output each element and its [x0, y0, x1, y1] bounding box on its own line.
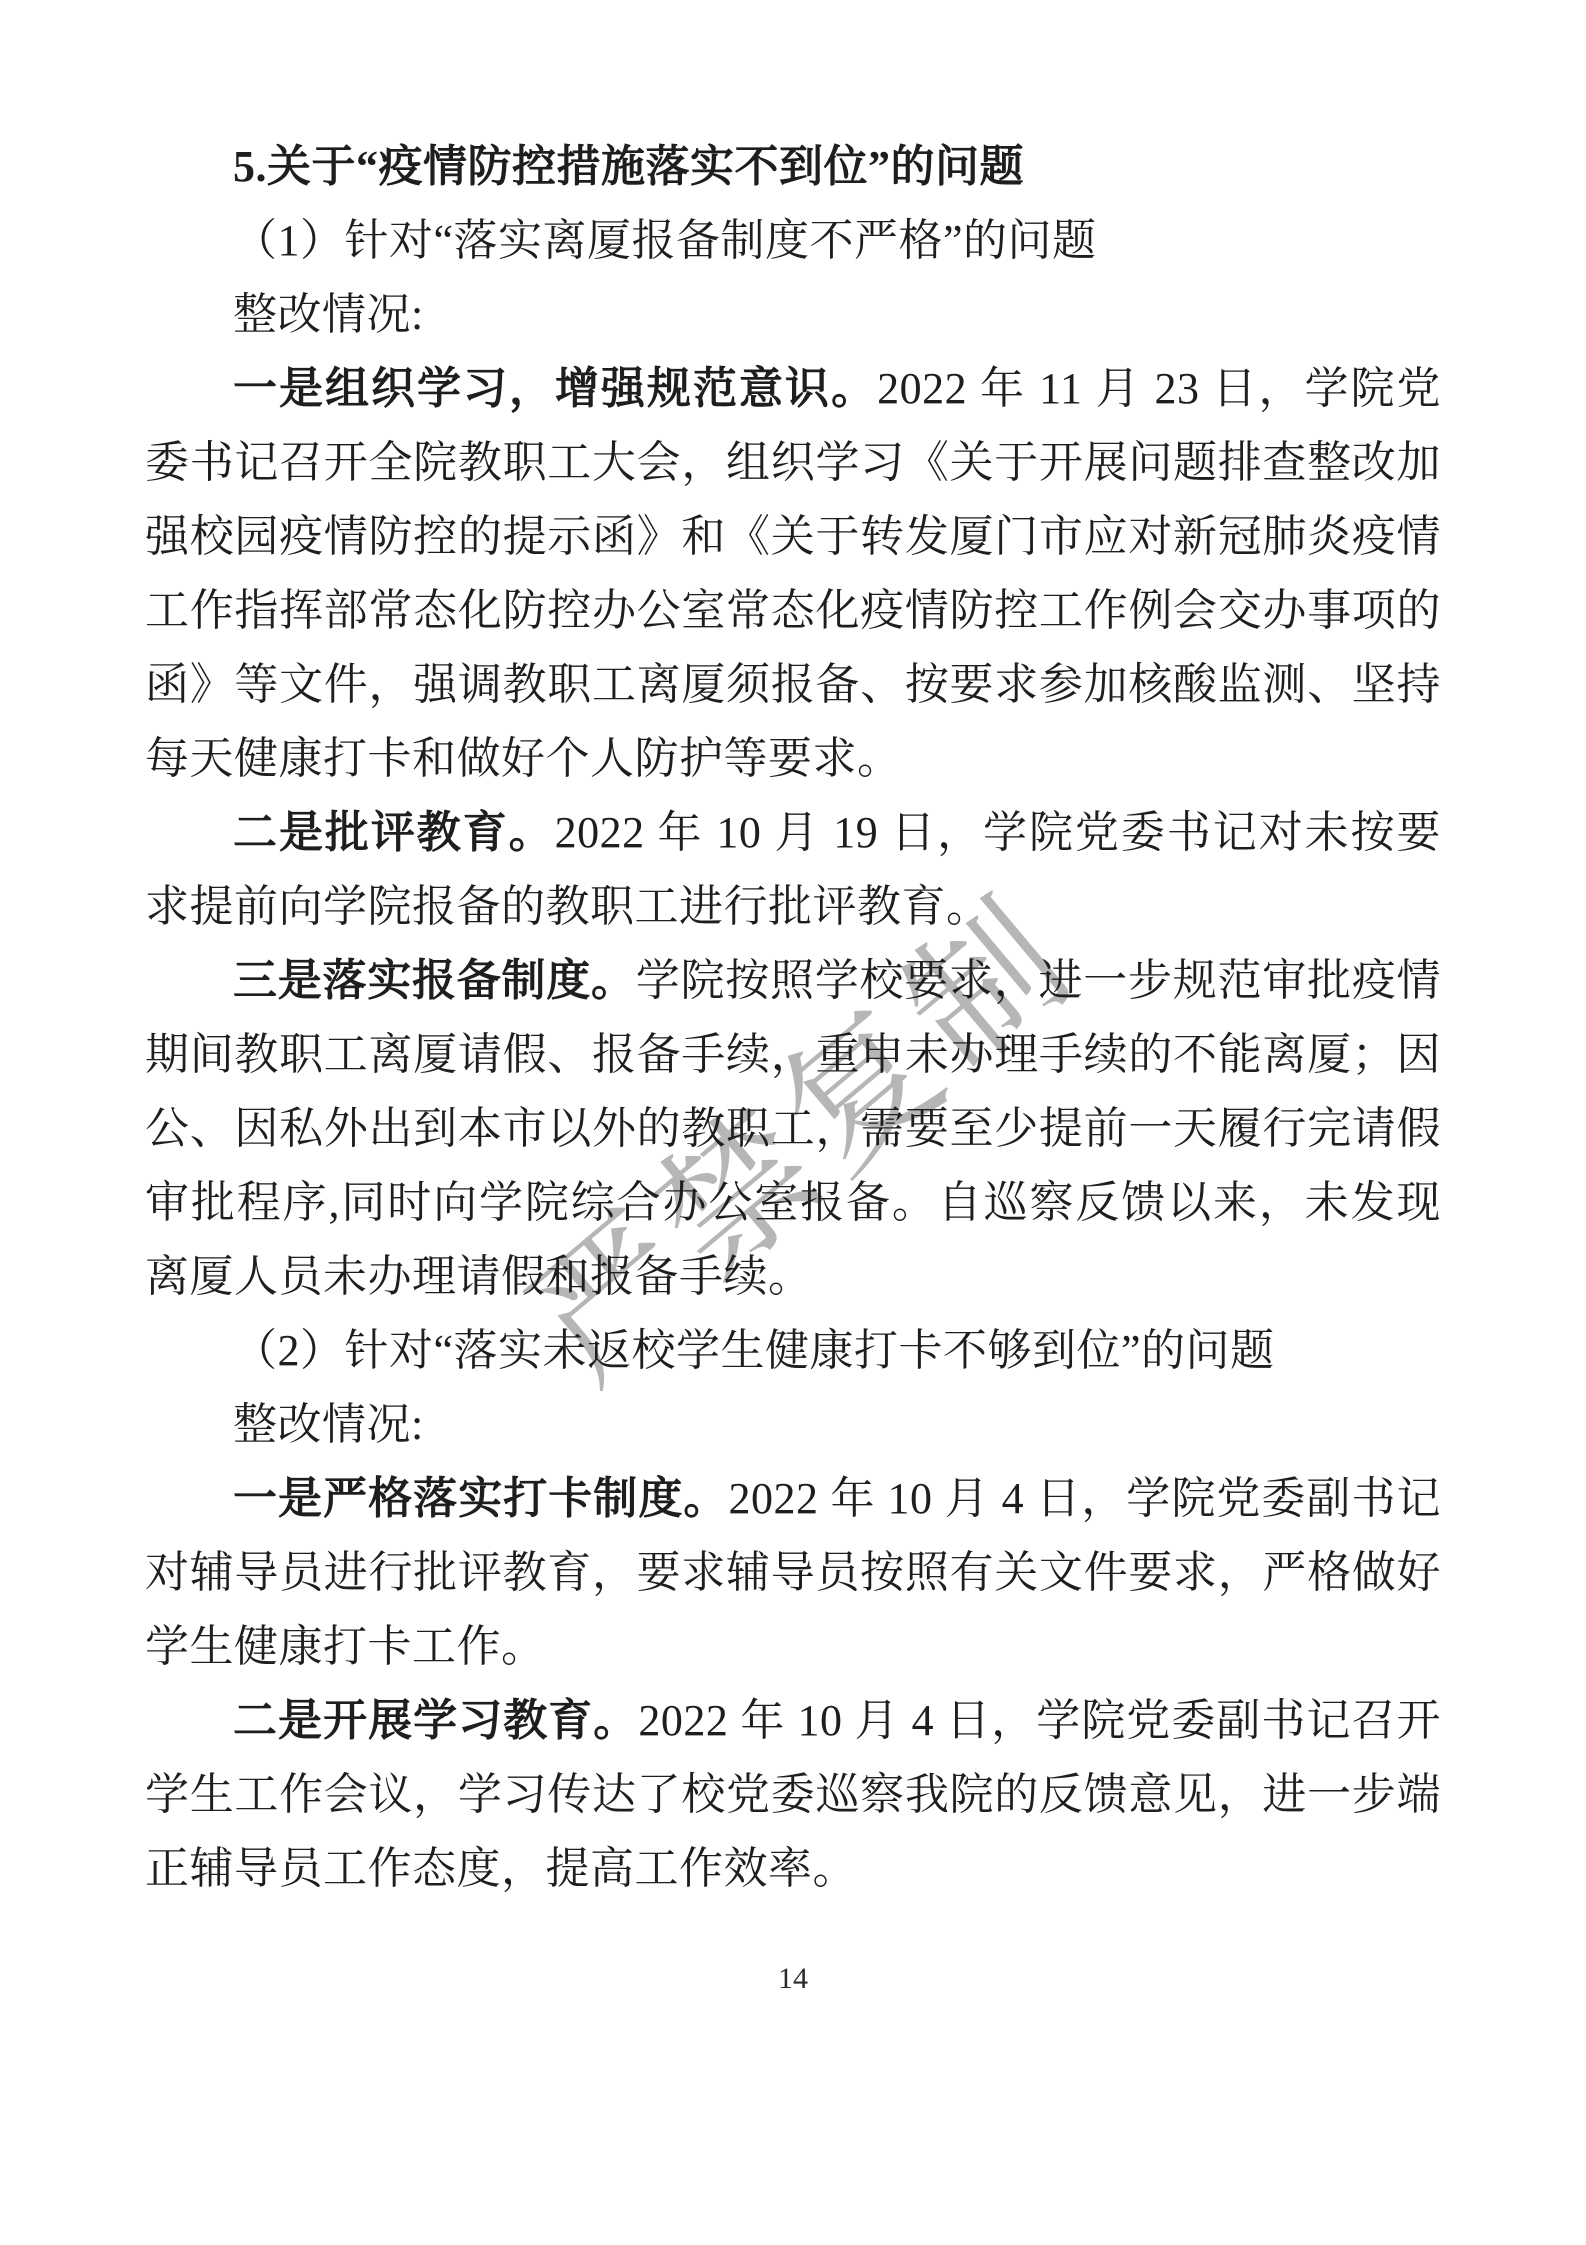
paragraph-lead: 二是批评教育。	[233, 808, 555, 857]
section-heading: 5.关于“疫情防控措施落实不到位”的问题	[145, 130, 1441, 204]
paragraph-lead: 一是组织学习，增强规范意识。	[233, 364, 877, 413]
document-body: 5.关于“疫情防控措施落实不到位”的问题 （1）针对“落实离厦报备制度不严格”的…	[145, 130, 1441, 1906]
subsection-1-paragraph-1: 一是组织学习，增强规范意识。2022 年 11 月 23 日，学院党委书记召开全…	[145, 352, 1441, 796]
paragraph-lead: 二是开展学习教育。	[233, 1696, 638, 1745]
paragraph-lead: 一是严格落实打卡制度。	[233, 1474, 728, 1523]
subsection-2-title: （2）针对“落实未返校学生健康打卡不够到位”的问题	[145, 1314, 1441, 1388]
subsection-1-title: （1）针对“落实离厦报备制度不严格”的问题	[145, 204, 1441, 278]
page-number: 14	[0, 1962, 1586, 1996]
document-page: 严禁复制 5.关于“疫情防控措施落实不到位”的问题 （1）针对“落实离厦报备制度…	[0, 0, 1586, 2245]
paragraph-text: 2022 年 11 月 23 日，学院党委书记召开全院教职工大会，组织学习《关于…	[145, 364, 1441, 783]
paragraph-lead: 三是落实报备制度。	[233, 956, 636, 1005]
subsection-1-paragraph-2: 二是批评教育。2022 年 10 月 19 日，学院党委书记对未按要求提前向学院…	[145, 796, 1441, 944]
subsection-2-paragraph-1: 一是严格落实打卡制度。2022 年 10 月 4 日，学院党委副书记对辅导员进行…	[145, 1462, 1441, 1684]
subsection-2-paragraph-2: 二是开展学习教育。2022 年 10 月 4 日，学院党委副书记召开学生工作会议…	[145, 1684, 1441, 1906]
subsection-2-status-label: 整改情况:	[145, 1388, 1441, 1462]
paragraph-text: 学院按照学校要求，进一步规范审批疫情期间教职工离厦请假、报备手续，重申未办理手续…	[145, 956, 1441, 1301]
subsection-1-status-label: 整改情况:	[145, 278, 1441, 352]
subsection-1-paragraph-3: 三是落实报备制度。学院按照学校要求，进一步规范审批疫情期间教职工离厦请假、报备手…	[145, 944, 1441, 1314]
